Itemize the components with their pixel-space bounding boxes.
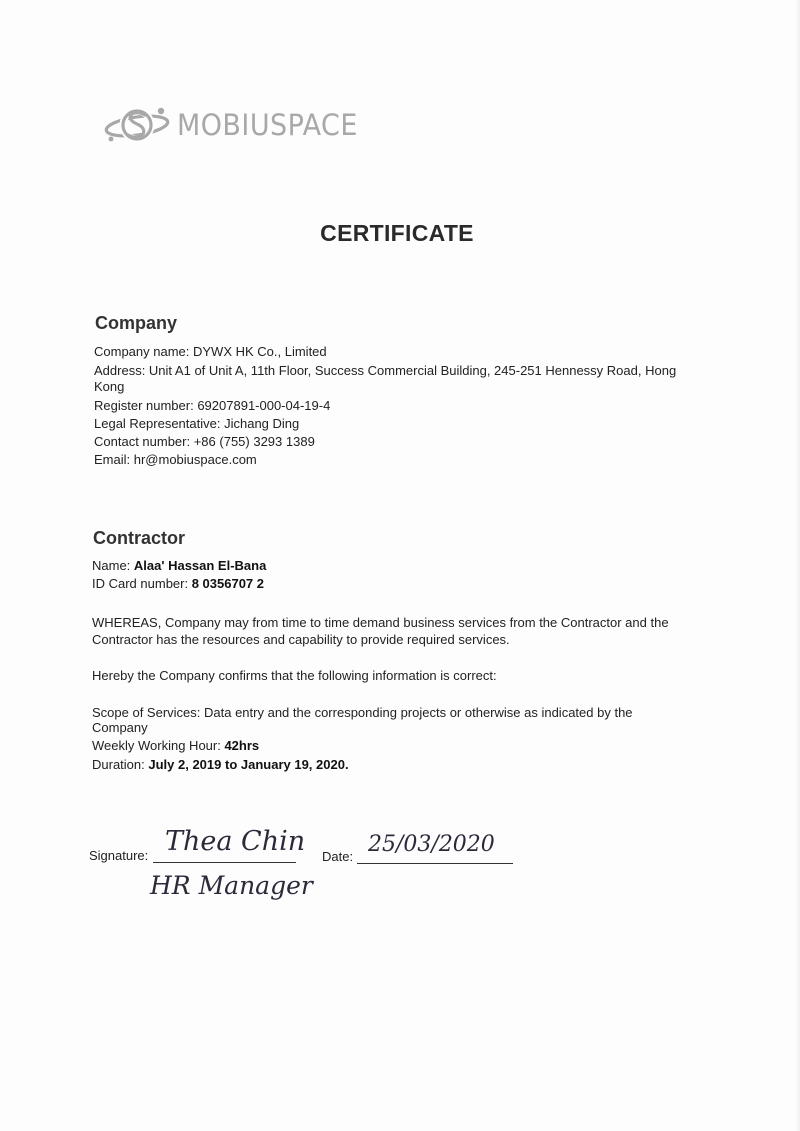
company-legal-line: Legal Representative: Jichang Ding	[94, 415, 299, 433]
email-value: hr@mobiuspace.com	[134, 452, 257, 467]
duration-line: Duration: July 2, 2019 to January 19, 20…	[92, 756, 349, 774]
contact-label: Contact number:	[94, 434, 194, 449]
date-label: Date:	[322, 848, 353, 866]
contact-value: +86 (755) 3293 1389	[194, 434, 315, 449]
id-card-value: 8 0356707 2	[192, 576, 264, 591]
register-label: Register number:	[94, 398, 197, 413]
register-value: 69207891-000-04-19-4	[197, 398, 330, 413]
document-title: CERTIFICATE	[0, 220, 794, 247]
logo-wordmark: MOBIUSPACE	[177, 108, 358, 142]
company-address-line-2: Kong	[94, 378, 124, 396]
signature-handwritten: Thea Chin	[165, 826, 305, 857]
scope-line-1: Scope of Services: Data entry and the co…	[92, 704, 633, 722]
company-name-value: DYWX HK Co., Limited	[193, 344, 327, 359]
hereby-statement: Hereby the Company confirms that the fol…	[92, 667, 497, 685]
date-handwritten: 25/03/2020	[368, 832, 495, 857]
company-email-line: Email: hr@mobiuspace.com	[94, 451, 257, 469]
company-name-line: Company name: DYWX HK Co., Limited	[94, 343, 327, 361]
role-handwritten: HR Manager	[150, 871, 313, 900]
company-heading: Company	[95, 313, 177, 334]
company-name-label: Company name:	[94, 344, 193, 359]
company-logo: MOBIUSPACE	[103, 104, 371, 146]
scope-value: Data entry and the corresponding project…	[204, 705, 633, 720]
company-address-label: Address:	[94, 363, 149, 378]
contractor-name-label: Name:	[92, 558, 134, 573]
duration-value: July 2, 2019 to January 19, 2020.	[148, 757, 348, 772]
weekly-hours-label: Weekly Working Hour:	[92, 738, 224, 753]
whereas-line-2: Contractor has the resources and capabil…	[92, 631, 510, 649]
date-underline	[357, 863, 513, 864]
contractor-name-line: Name: Alaa' Hassan El-Bana	[92, 557, 266, 575]
signature-label: Signature:	[89, 847, 148, 865]
id-card-label: ID Card number:	[92, 576, 192, 591]
contractor-heading: Contractor	[93, 528, 185, 549]
scope-line-2: Company	[92, 719, 148, 737]
legal-rep-value: Jichang Ding	[224, 416, 299, 431]
whereas-line-1: WHEREAS, Company may from time to time d…	[92, 614, 669, 632]
signature-underline	[153, 862, 296, 863]
contractor-id-line: ID Card number: 8 0356707 2	[92, 575, 264, 593]
company-address-value: Unit A1 of Unit A, 11th Floor, Success C…	[149, 363, 676, 378]
company-register-line: Register number: 69207891-000-04-19-4	[94, 397, 330, 415]
scan-edge-shadow	[794, 0, 800, 1131]
contractor-name-value: Alaa' Hassan El-Bana	[134, 558, 266, 573]
legal-rep-label: Legal Representative:	[94, 416, 224, 431]
planet-s-logo-icon	[103, 104, 173, 146]
certificate-page: MOBIUSPACE CERTIFICATE Company Company n…	[0, 0, 800, 1131]
weekly-hours-value: 42hrs	[224, 738, 259, 753]
company-contact-line: Contact number: +86 (755) 3293 1389	[94, 433, 315, 451]
email-label: Email:	[94, 452, 134, 467]
scope-label: Scope of Services:	[92, 705, 204, 720]
company-address-line: Address: Unit A1 of Unit A, 11th Floor, …	[94, 362, 676, 380]
weekly-hours-line: Weekly Working Hour: 42hrs	[92, 737, 259, 755]
duration-label: Duration:	[92, 757, 148, 772]
